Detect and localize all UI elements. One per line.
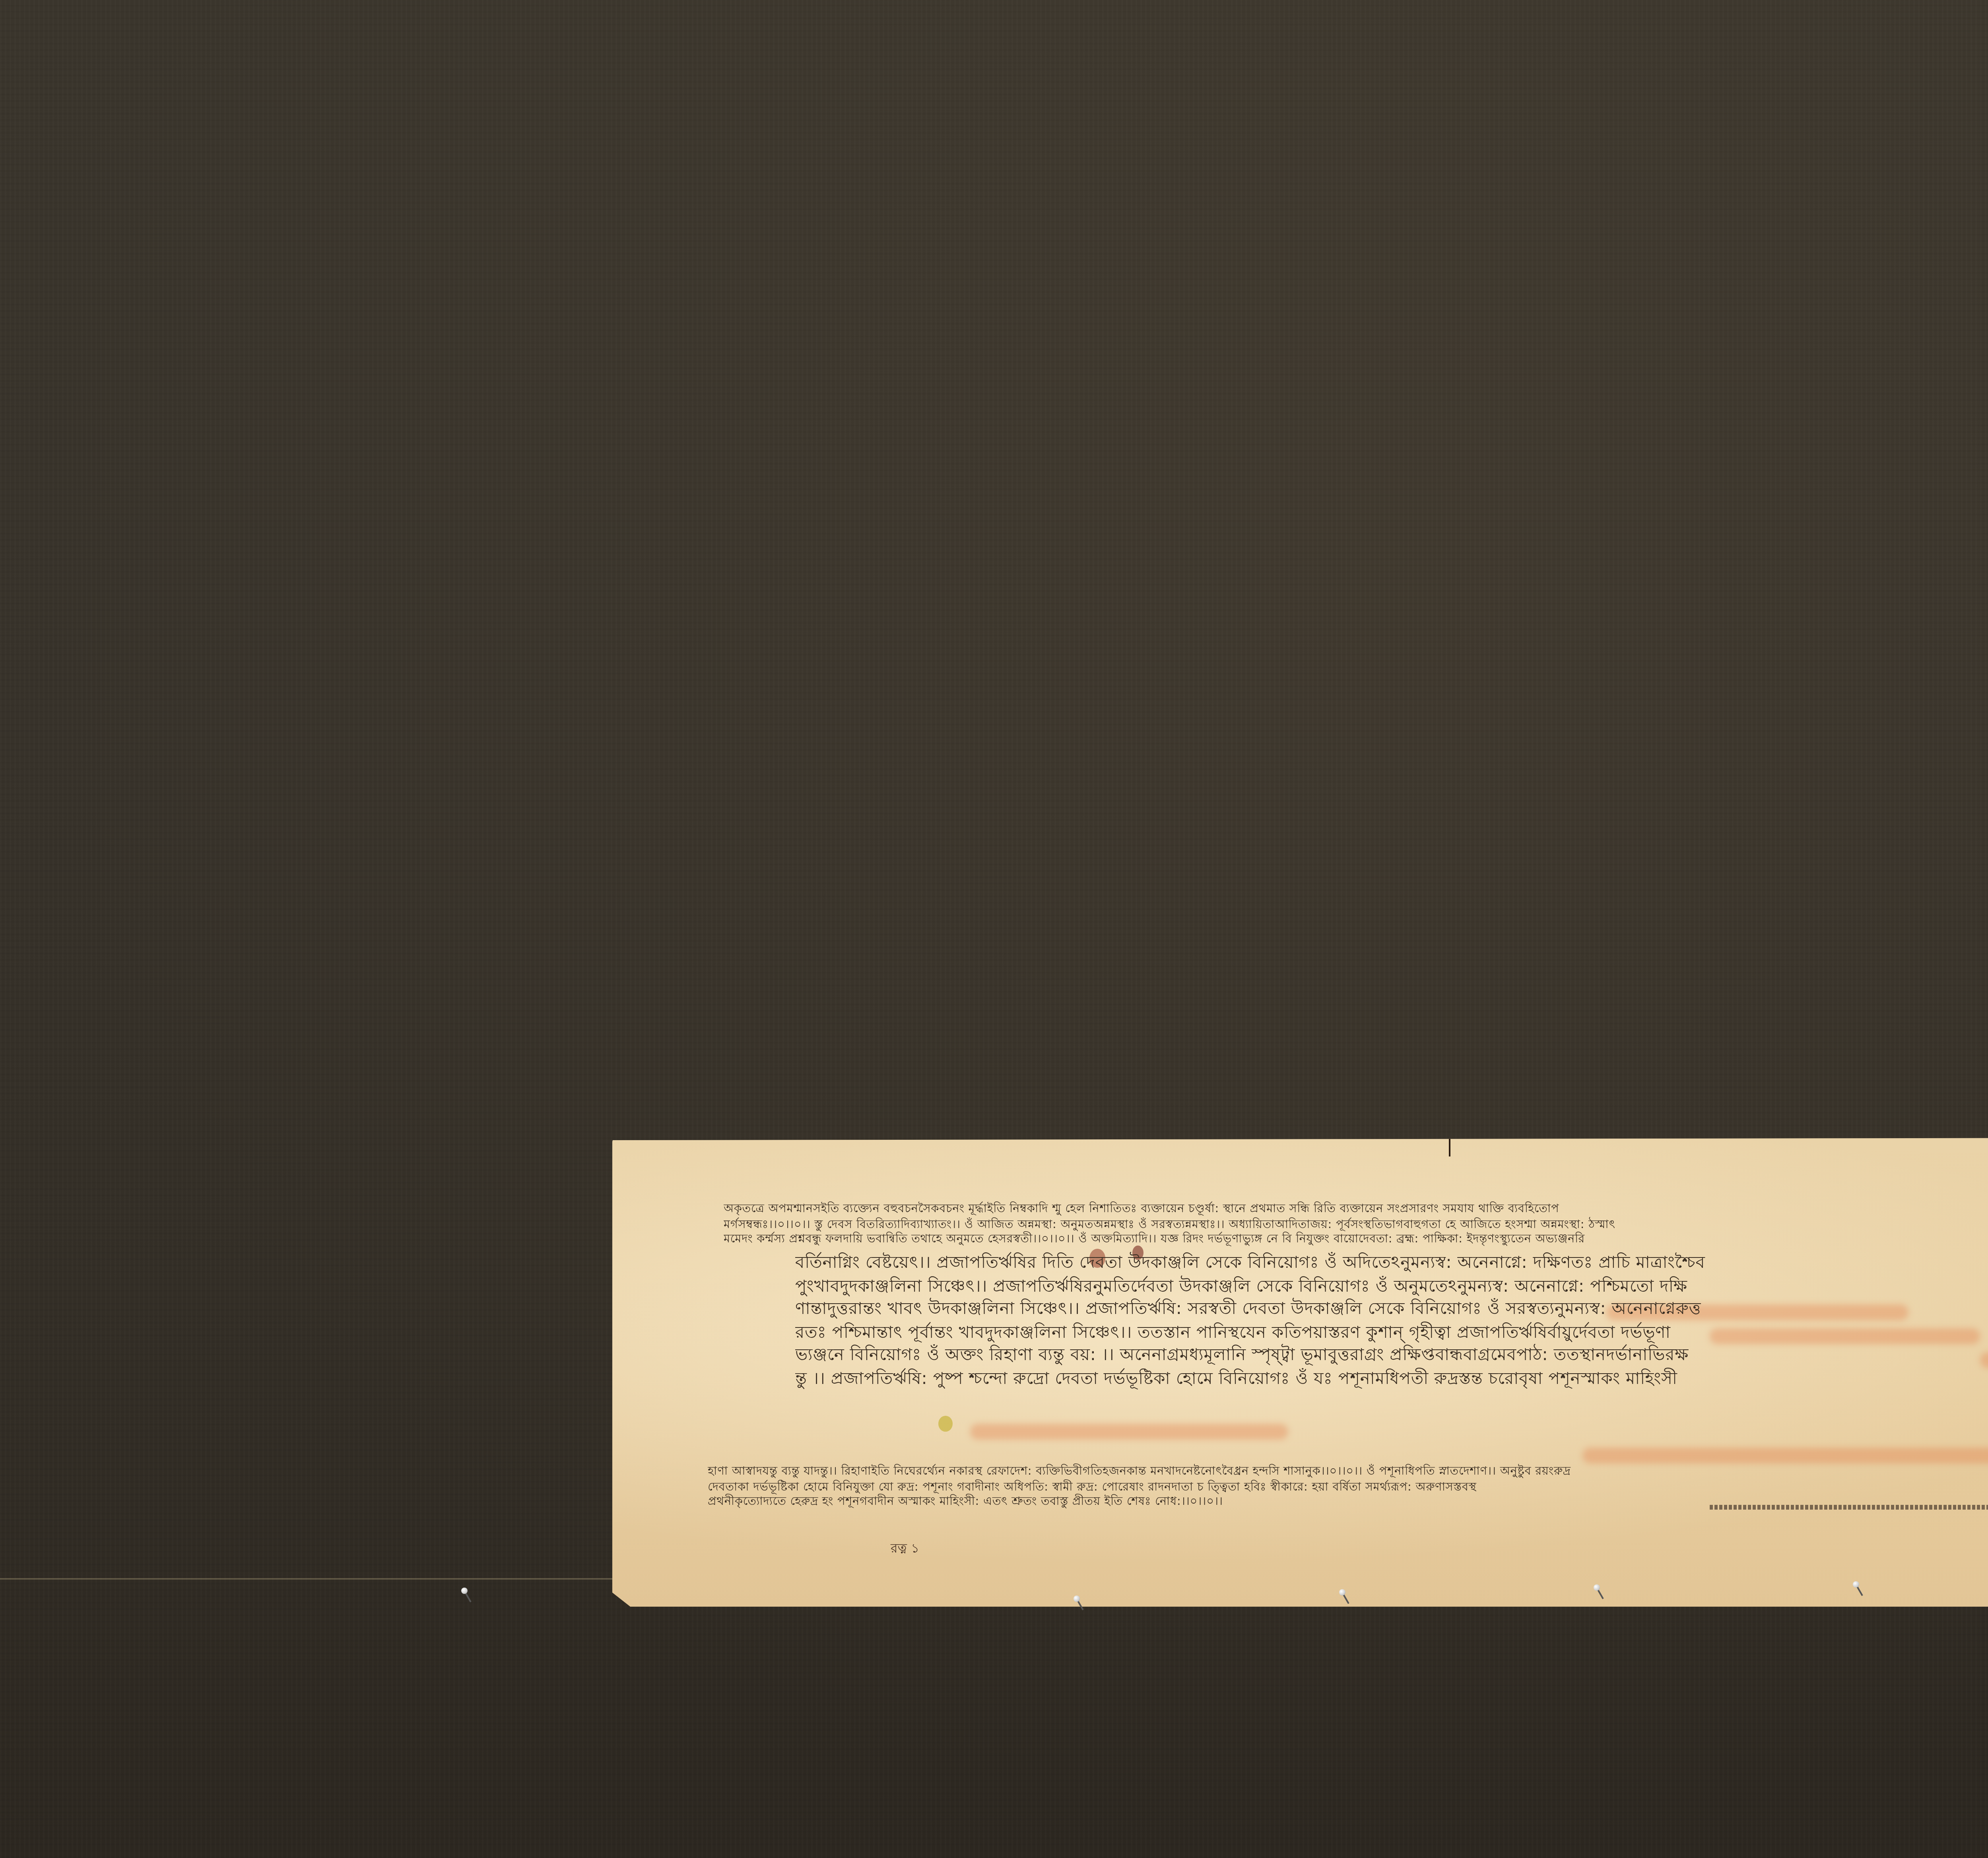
photo-scene: অকৃতত্রে অপমশ্মানসইতি ব্যক্ত্যেন বহুবচনস…: [0, 0, 1988, 1858]
pin-head-icon: [1594, 1584, 1600, 1591]
commentary-line: মর্গসম্বন্ধঃ।।০।।০।। স্তু দেবস বিতরিত্যা…: [724, 1216, 1988, 1231]
rubric-highlight: [970, 1424, 1288, 1440]
main-text-line: ভ্যঞ্জনে বিনিয়োগঃ ওঁ অক্তং রিহাণা ব্যন্…: [795, 1344, 1988, 1367]
commentary-line: হাণা আস্বাদযন্তু ব্যন্তু যাদন্তু।। রিহাণ…: [708, 1463, 1988, 1479]
upper-commentary: অকৃতত্রে অপমশ্মানসইতি ব্যক্ত্যেন বহুবচনস…: [724, 1201, 1988, 1246]
commentary-line: দেবতাকা দর্ভভূষ্টিকা হোমে বিনিযুক্তা যো …: [708, 1479, 1988, 1494]
yellow-stain: [938, 1416, 953, 1432]
paper-tear: [1449, 1137, 1450, 1156]
struck-through-text: [1710, 1505, 1988, 1510]
folio-mark: রত্ন ১: [891, 1540, 919, 1561]
main-text-line: রতঃ পশ্চিমান্তাৎ পূর্বান্তং খাবদুদকাঞ্জল…: [795, 1321, 1988, 1344]
main-text-line: বর্তিনাগ্নিং বেষ্টয়েৎ।। প্রজাপতির্ঋষির …: [795, 1252, 1988, 1275]
commentary-line: অকৃতত্রে অপমশ্মানসইতি ব্যক্ত্যেন বহুবচনস…: [724, 1201, 1988, 1216]
rubric-highlight: [1582, 1448, 1988, 1463]
pin-head-icon: [1339, 1589, 1345, 1596]
commentary-line: মমেদং কর্ম্মস্য প্রশ্নবন্ধু ফলদায়ি ভবান…: [724, 1231, 1988, 1246]
pin-head-icon: [1074, 1596, 1080, 1602]
manuscript-leaf: অকৃতত্রে অপমশ্মানসইতি ব্যক্ত্যেন বহুবচনস…: [612, 1137, 1988, 1607]
main-text-line: ন্তু ।। প্রজাপতির্ঋষি: পুষ্প শ্চন্দো রুদ…: [795, 1367, 1988, 1390]
lower-commentary: হাণা আস্বাদযন্তু ব্যন্তু যাদন্তু।। রিহাণ…: [708, 1463, 1988, 1509]
main-text-line: ণান্তাদুত্তরান্তং খাবৎ উদকাঞ্জলিনা সিঞ্চ…: [795, 1298, 1988, 1321]
pin-head-icon: [461, 1588, 468, 1594]
main-text: বর্তিনাগ্নিং বেষ্টয়েৎ।। প্রজাপতির্ঋষির …: [795, 1252, 1988, 1390]
pin-head-icon: [1853, 1581, 1859, 1588]
main-text-line: পুংখাবদুদকাঞ্জলিনা সিঞ্চেৎ।। প্রজাপতির্ঋ…: [795, 1275, 1988, 1298]
